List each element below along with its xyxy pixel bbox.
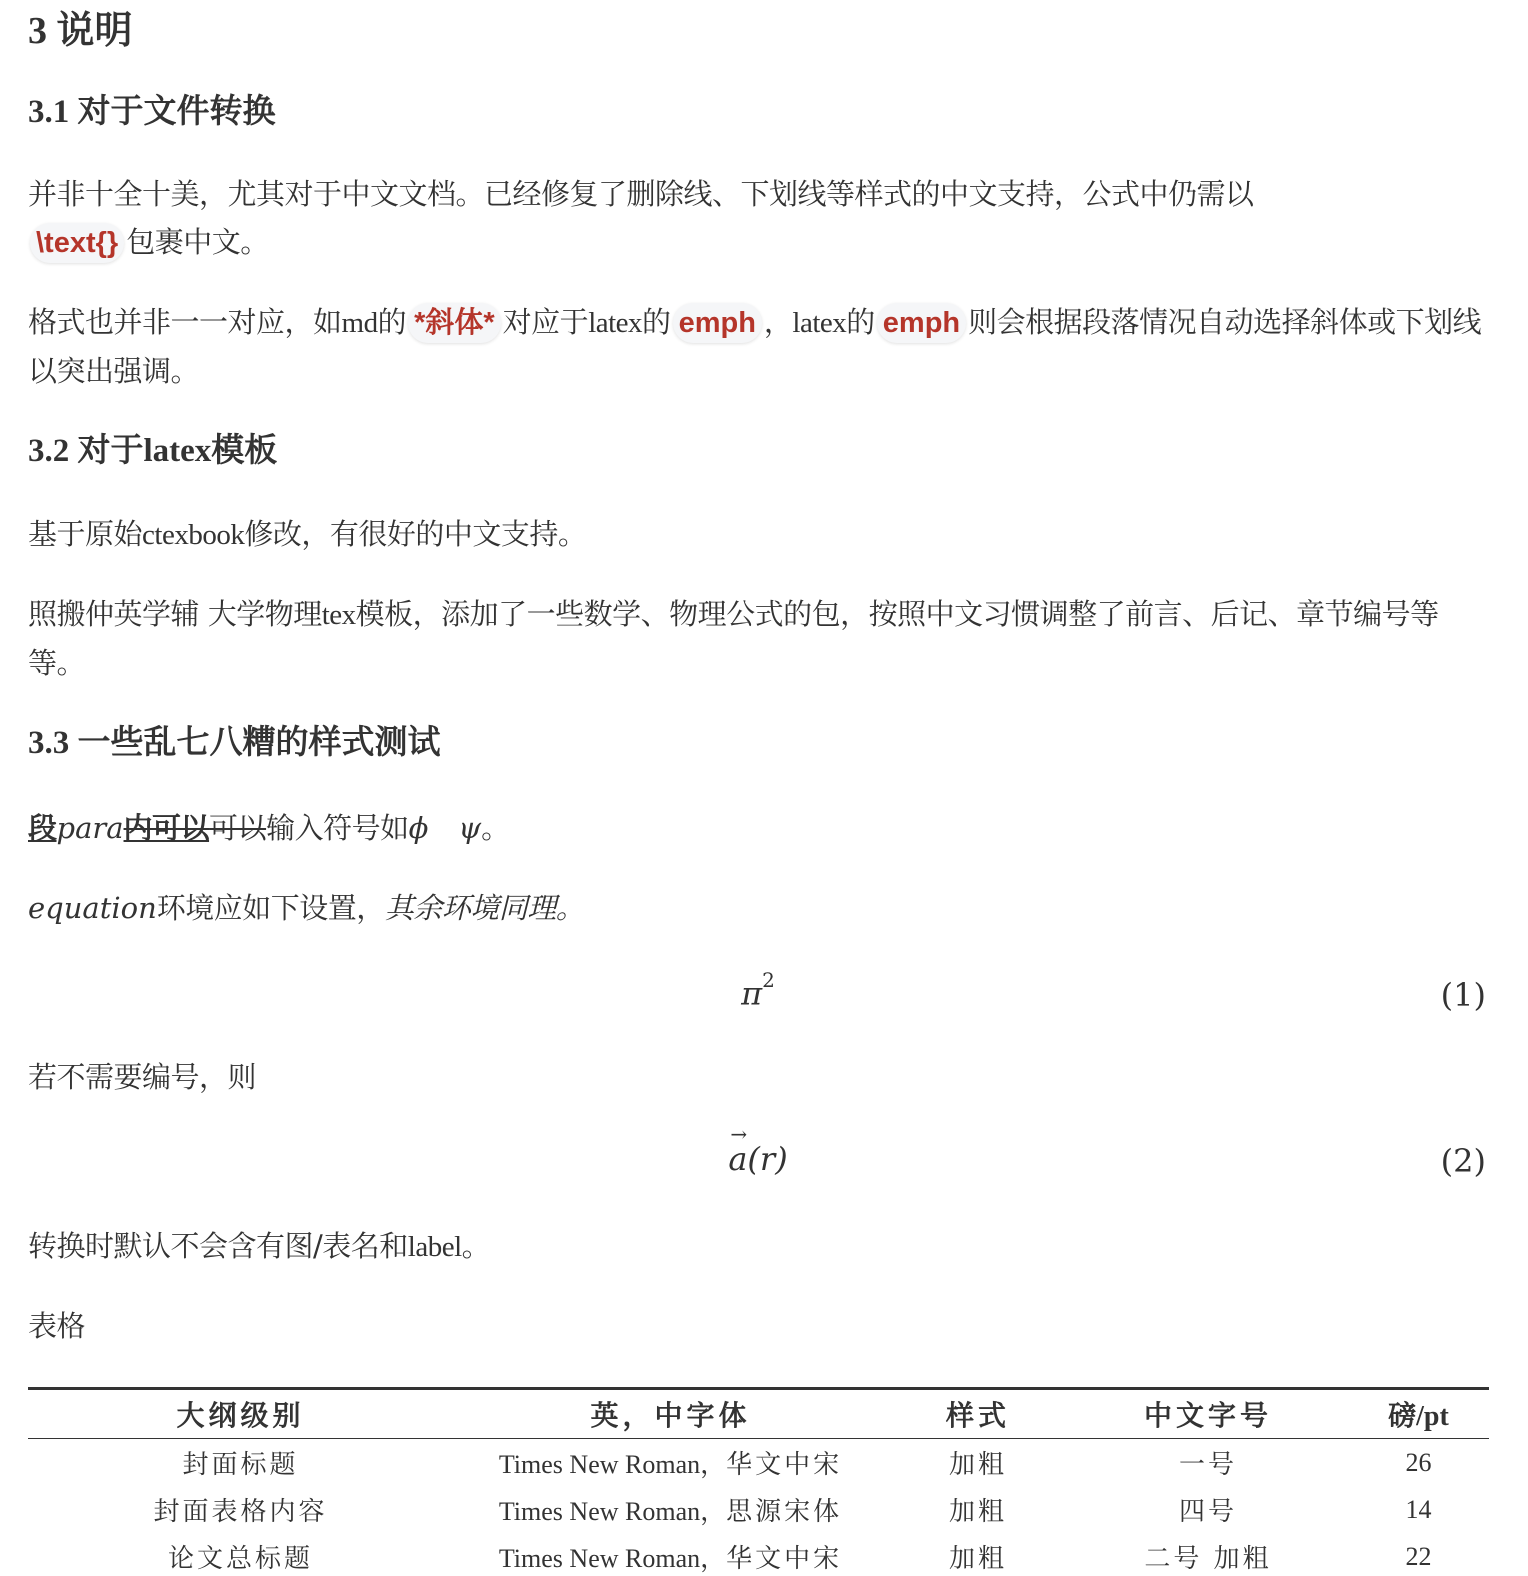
- paragraph-template-1: 基于原始ctexbook修改，有很好的中文支持。: [28, 510, 1488, 559]
- bold-underlined-text: 段: [28, 811, 57, 845]
- latin-text: ctexbook: [142, 519, 244, 551]
- math-argument: (r): [747, 1140, 787, 1178]
- table-header-pt: 磅/pt: [1348, 1389, 1489, 1439]
- equation-body: a(r): [28, 1140, 1488, 1178]
- paragraph-text: 基于原始: [28, 517, 142, 551]
- paragraph-style-test: 段para内可以可以输入符号如ϕψ。: [28, 804, 1488, 852]
- table-cell: 二号 加粗: [1068, 1533, 1348, 1576]
- subsection-heading-3-3: 3.3 一些乱七八糟的样式测试: [28, 727, 441, 760]
- table-cell: 加粗: [888, 1533, 1068, 1576]
- paragraph-text: 的: [378, 305, 407, 339]
- inline-code-emph: emph: [673, 303, 762, 343]
- subsection-heading-3-2: 3.2 对于latex模板: [28, 435, 277, 468]
- font-spec-table: 大纲级别 英，中字体 样式 中文字号 磅/pt 封面标题 Times New R…: [28, 1387, 1489, 1576]
- paragraph-label-note: 转换时默认不会含有图/表名和label。: [28, 1222, 1488, 1271]
- math-text: para: [57, 811, 124, 845]
- paragraph-text: 格式也并非一一对应，如: [28, 305, 342, 339]
- table-cell: 四号: [1068, 1486, 1348, 1533]
- math-phi: ϕ: [409, 811, 429, 845]
- table-header-font: 英，中字体: [453, 1389, 888, 1439]
- paragraph-template-2: 照搬仲英学辅 大学物理tex模板，添加了一些数学、物理公式的包，按照中文习惯调整…: [28, 590, 1488, 687]
- table-cell: 封面表格内容: [28, 1486, 453, 1533]
- latin-text: label: [408, 1231, 462, 1263]
- strikethrough-text: 可以: [209, 811, 266, 845]
- paragraph-text: 并非十全十美，尤其对于中文文档。已经修复了删除线、下划线等样式的中文支持，公式中…: [28, 177, 1254, 211]
- table-header-outline-level: 大纲级别: [28, 1389, 453, 1439]
- paragraph-conversion-1: 并非十全十美，尤其对于中文文档。已经修复了删除线、下划线等样式的中文支持，公式中…: [28, 170, 1488, 266]
- paragraph-equation-env: equation环境应如下设置，其余环境同理。: [28, 884, 1488, 932]
- table-cell: 论文总标题: [28, 1533, 453, 1576]
- table-header-style: 样式: [888, 1389, 1068, 1439]
- paragraph-text: 表格: [28, 1309, 85, 1343]
- latin-text: latex: [792, 307, 846, 339]
- paragraph-text: 。: [462, 1229, 491, 1263]
- paragraph-text: 若不需要编号，则: [28, 1060, 256, 1094]
- bold-underline-strike-text: 内可以: [124, 811, 210, 845]
- paragraph-text: 的: [642, 305, 671, 339]
- math-pi: π: [741, 975, 762, 1013]
- font-en: Times New Roman，: [499, 1450, 726, 1479]
- table-header-row: 大纲级别 英，中字体 样式 中文字号 磅/pt: [28, 1389, 1489, 1439]
- table-cell: 加粗: [888, 1439, 1068, 1487]
- table-cell: Times New Roman，华文中宋: [453, 1439, 888, 1487]
- paragraph-text: 输入符号如: [266, 811, 409, 845]
- equation-1: π2 (1): [28, 966, 1488, 1026]
- font-en: Times New Roman，: [499, 1544, 726, 1573]
- inline-code-text-command: \text{}: [30, 223, 124, 263]
- equation-number: (2): [1441, 1142, 1486, 1180]
- paragraph-conversion-2: 格式也并非一一对应，如md的*斜体*对应于latex的emph，latex的em…: [28, 298, 1488, 395]
- table-cell: Times New Roman，华文中宋: [453, 1533, 888, 1576]
- table-cell: 一号: [1068, 1439, 1348, 1487]
- table-row: 封面标题 Times New Roman，华文中宋 加粗 一号 26: [28, 1439, 1489, 1487]
- font-cn: 华文中宋: [726, 1544, 842, 1574]
- subsection-heading-3-1: 3.1 对于文件转换: [28, 96, 276, 129]
- table-cell: 26: [1348, 1439, 1489, 1487]
- equation-body: π2: [28, 974, 1488, 1013]
- math-text: equation: [28, 891, 157, 925]
- inline-code-emph: emph: [877, 303, 966, 343]
- table-row: 封面表格内容 Times New Roman，思源宋体 加粗 四号 14: [28, 1486, 1489, 1533]
- table-cell: Times New Roman，思源宋体: [453, 1486, 888, 1533]
- paragraph-text: ，: [764, 305, 793, 339]
- latin-text: tex: [322, 599, 356, 631]
- italic-text: 其余环境同理。: [385, 891, 585, 925]
- inline-code-italic: *斜体*: [408, 303, 501, 343]
- latin-text: latex: [588, 307, 642, 339]
- paragraph-text: 对应于: [503, 305, 589, 339]
- table-header-cn-size: 中文字号: [1068, 1389, 1348, 1439]
- table-row: 论文总标题 Times New Roman，华文中宋 加粗 二号 加粗 22: [28, 1533, 1489, 1576]
- equation-number: (1): [1441, 976, 1486, 1014]
- font-en: Times New Roman，: [499, 1497, 726, 1526]
- paragraph-table-label: 表格: [28, 1302, 1488, 1350]
- paragraph-text: 的: [846, 305, 875, 339]
- font-cn: 思源宋体: [726, 1497, 842, 1527]
- paragraph-text: 修改，有很好的中文支持。: [244, 517, 586, 551]
- table-cell: 14: [1348, 1486, 1489, 1533]
- equation-2: a(r) (2): [28, 1132, 1488, 1192]
- table-cell: 封面标题: [28, 1439, 453, 1487]
- paragraph-text: 照搬仲英学辅 大学物理: [28, 597, 322, 631]
- paragraph-text: 。: [481, 811, 510, 845]
- table-cell: 22: [1348, 1533, 1489, 1576]
- paragraph-text: 环境应如下设置，: [157, 891, 385, 925]
- paragraph-no-number: 若不需要编号，则: [28, 1053, 1488, 1101]
- table-cell: 加粗: [888, 1486, 1068, 1533]
- section-heading: 3 说明: [28, 12, 133, 50]
- font-cn: 华文中宋: [726, 1450, 842, 1480]
- paragraph-text: 包裹中文。: [126, 225, 269, 259]
- math-superscript: 2: [762, 968, 775, 992]
- latin-text: md: [342, 307, 378, 339]
- math-vector-a: a: [728, 1140, 747, 1178]
- math-psi: ψ: [458, 811, 481, 845]
- paragraph-text: 转换时默认不会含有图/表名和: [28, 1229, 408, 1263]
